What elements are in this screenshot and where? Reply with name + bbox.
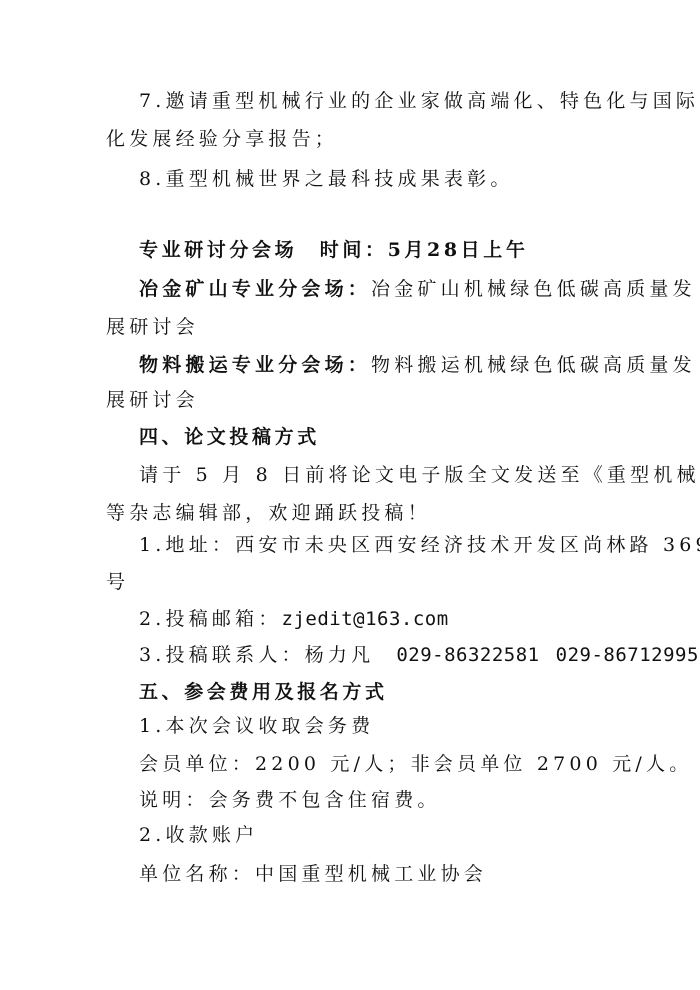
session-heading: 专业研讨分会场 时间：5月28日上午 (139, 238, 629, 262)
contact-line: 3.投稿联系人：杨力凡029-86322581029-86712995 (139, 643, 629, 667)
metallurgy-session-line2: 展研讨会 (106, 315, 596, 339)
fee-title: 1.本次会议收取会务费 (139, 714, 629, 738)
email-address: zjedit@163.com (282, 608, 449, 630)
address-line1: 1.地址：西安市未央区西安经济技术开发区尚林路 3699 (139, 533, 629, 557)
list-item-7-line2: 化发展经验分享报告； (106, 127, 596, 151)
metallurgy-session-line1: 冶金矿山专业分会场：冶金矿山机械绿色低碳高质量发 (139, 277, 629, 301)
list-item-8: 8.重型机械世界之最科技成果表彰。 (139, 167, 629, 191)
fee-detail: 会员单位：2200 元/人；非会员单位 2700 元/人。 (139, 752, 629, 776)
document-page: 7.邀请重型机械行业的企业家做高端化、特色化与国际 化发展经验分享报告； 8.重… (0, 0, 700, 990)
metallurgy-session-text: 冶金矿山机械绿色低碳高质量发 (371, 278, 696, 300)
section5-heading: 五、参会费用及报名方式 (139, 680, 629, 704)
email-label: 2.投稿邮箱： (139, 608, 282, 630)
handling-session-text: 物料搬运机械绿色低碳高质量发 (371, 354, 696, 376)
fee-note: 说明：会务费不包含住宿费。 (139, 788, 629, 812)
metallurgy-session-label: 冶金矿山专业分会场： (139, 278, 371, 300)
contact-label: 3.投稿联系人：杨力凡 (139, 644, 374, 666)
list-item-7-line1: 7.邀请重型机械行业的企业家做高端化、特色化与国际 (139, 89, 629, 113)
account-title: 2.收款账户 (139, 823, 629, 847)
email-line: 2.投稿邮箱：zjedit@163.com (139, 607, 629, 631)
handling-session-line2: 展研讨会 (106, 388, 596, 412)
account-name: 单位名称：中国重型机械工业协会 (139, 862, 629, 886)
handling-session-label: 物料搬运专业分会场： (139, 354, 371, 376)
submission-intro-line2: 等杂志编辑部，欢迎踊跃投稿！ (106, 501, 596, 525)
submission-intro-line1: 请于 5 月 8 日前将论文电子版全文发送至《重型机械》 (139, 463, 629, 487)
address-line2: 号 (106, 570, 596, 594)
phone-1: 029-86322581 (396, 644, 539, 666)
phone-2: 029-86712995 (556, 644, 699, 666)
section4-heading: 四、论文投稿方式 (139, 425, 629, 449)
handling-session-line1: 物料搬运专业分会场：物料搬运机械绿色低碳高质量发 (139, 353, 629, 377)
